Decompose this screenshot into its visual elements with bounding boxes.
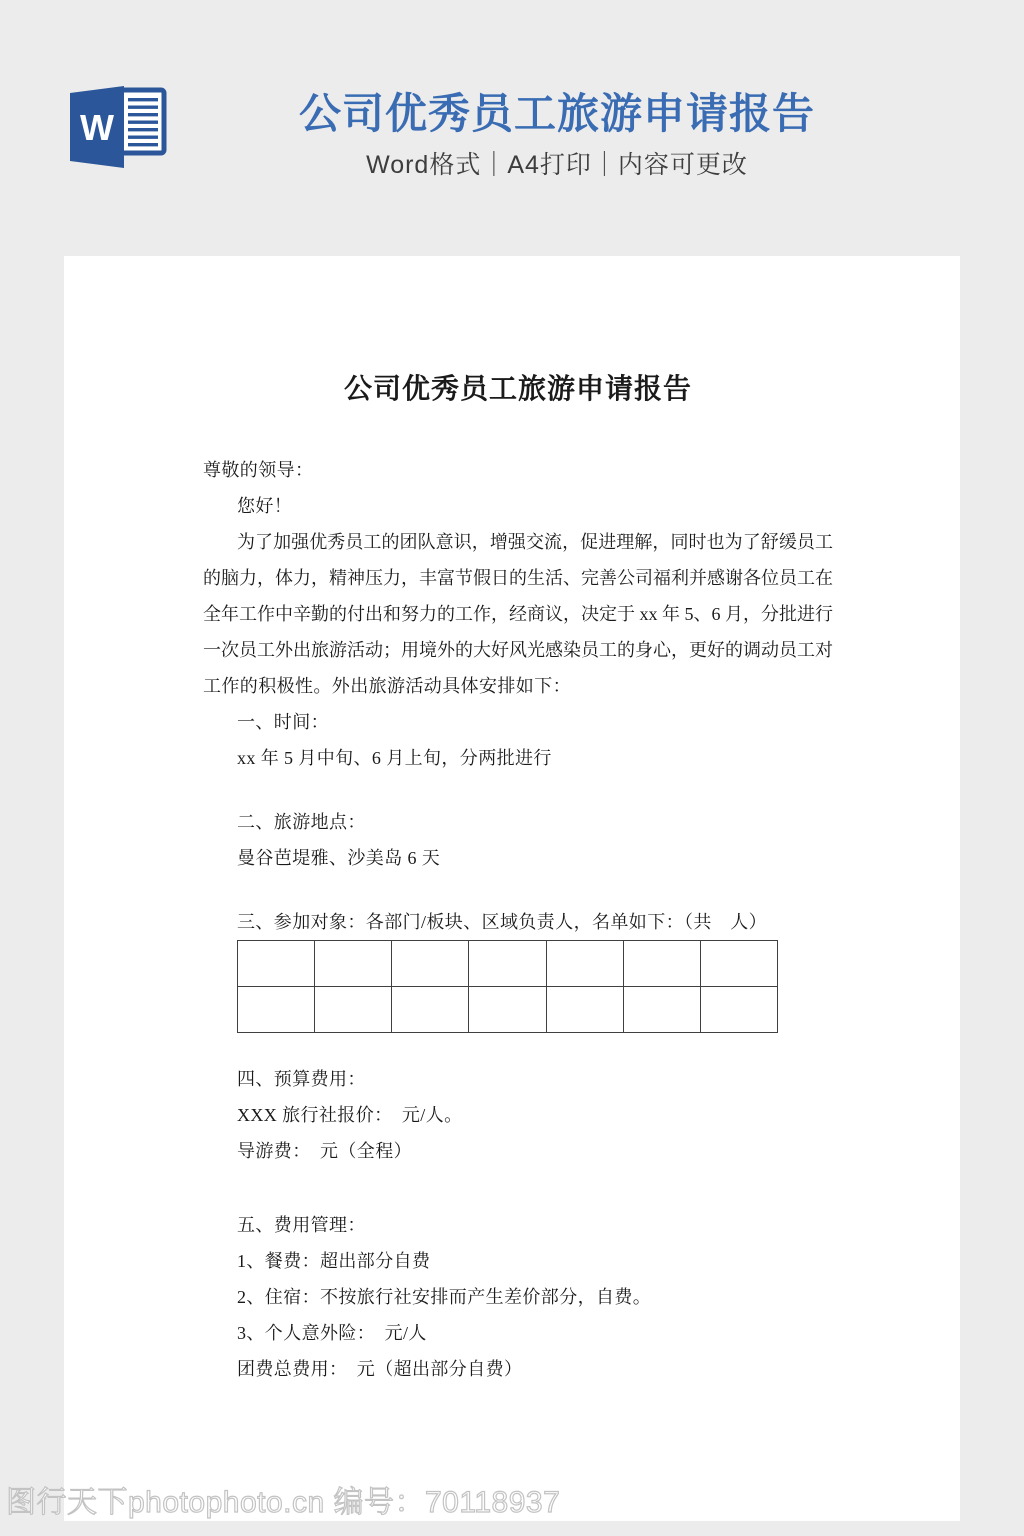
table-cell <box>546 941 623 987</box>
body-line: 工作的积极性。外出旅游活动具体安排如下： <box>203 668 833 704</box>
table-cell <box>469 941 546 987</box>
section-budget-guide: 导游费： 元（全程） <box>203 1133 833 1169</box>
document-page: 公司优秀员工旅游申请报告 尊敬的领导： 您好！ 为了加强优秀员工的团队意识，增强… <box>64 256 960 1521</box>
section-budget-heading: 四、预算费用： <box>203 1061 833 1097</box>
table-cell <box>700 941 777 987</box>
table-cell <box>392 987 469 1033</box>
section-location-heading: 二、旅游地点： <box>203 804 833 840</box>
section-time-heading: 一、时间： <box>203 704 833 740</box>
section-expense-meal: 1、餐费：超出部分自费 <box>203 1243 833 1279</box>
table-cell <box>392 941 469 987</box>
section-location-detail: 曼谷芭堤雅、沙美岛 6 天 <box>203 840 833 876</box>
table-row <box>238 941 778 987</box>
site-header: W 公司优秀员工旅游申请报告 Word格式｜A4打印｜内容可更改 <box>0 0 1024 256</box>
table-cell <box>238 941 315 987</box>
section-expense-total: 团费总费用： 元（超出部分自费） <box>203 1351 833 1387</box>
watermark: 图行天下photophoto.cn 编号：70118937 <box>6 1486 560 1520</box>
document-title: 公司优秀员工旅游申请报告 <box>203 370 833 410</box>
table-cell <box>546 987 623 1033</box>
body-line: 一次员工外出旅游活动；用境外的大好风光感染员工的身心，更好的调动员工对 <box>203 632 833 668</box>
participants-table <box>237 940 778 1033</box>
table-cell <box>623 941 700 987</box>
table-cell <box>238 987 315 1033</box>
table-cell <box>700 987 777 1033</box>
table-cell <box>623 987 700 1033</box>
section-budget-agency: XXX 旅行社报价： 元/人。 <box>203 1097 833 1133</box>
section-expense-lodging: 2、住宿：不按旅行社安排而产生差价部分，自费。 <box>203 1279 833 1315</box>
table-row <box>238 987 778 1033</box>
body-line: 的脑力，体力，精神压力，丰富节假日的生活、完善公司福利并感谢各位员工在 <box>203 560 833 596</box>
template-title: 公司优秀员工旅游申请报告 <box>90 88 1024 140</box>
table-cell <box>469 987 546 1033</box>
body-line: 全年工作中辛勤的付出和努力的工作，经商议，决定于 xx 年 5、6 月，分批进行 <box>203 596 833 632</box>
body-line: 为了加强优秀员工的团队意识，增强交流，促进理解，同时也为了舒缓员工 <box>203 524 833 560</box>
greeting-line: 您好！ <box>203 488 833 524</box>
table-cell <box>315 941 392 987</box>
section-expense-insurance: 3、个人意外险： 元/人 <box>203 1315 833 1351</box>
section-participants-heading: 三、参加对象：各部门/板块、区域负责人，名单如下：（共 人） <box>203 904 833 940</box>
section-time-detail: xx 年 5 月中旬、6 月上旬，分两批进行 <box>203 740 833 776</box>
template-subtitle: Word格式｜A4打印｜内容可更改 <box>90 149 1024 181</box>
section-expense-heading: 五、费用管理： <box>203 1207 833 1243</box>
salutation-line: 尊敬的领导： <box>203 452 833 488</box>
table-cell <box>315 987 392 1033</box>
header-text: 公司优秀员工旅游申请报告 Word格式｜A4打印｜内容可更改 <box>0 88 1024 181</box>
